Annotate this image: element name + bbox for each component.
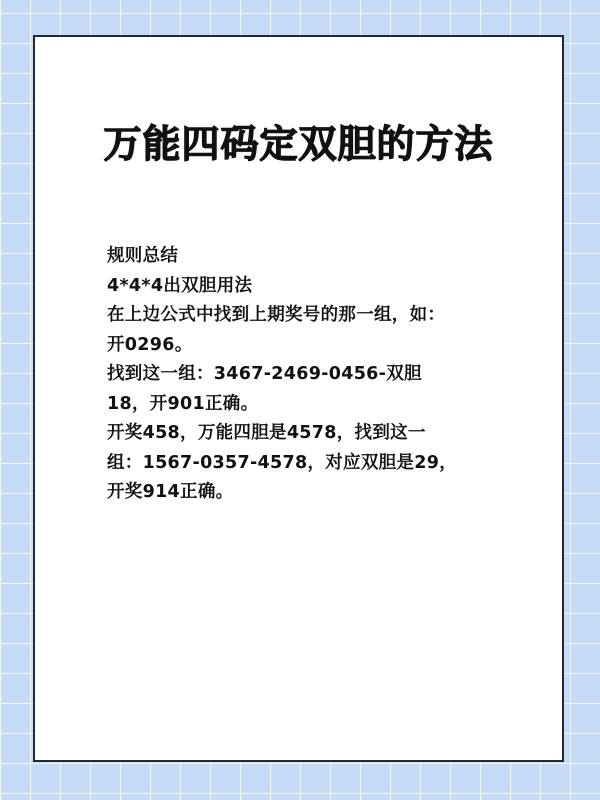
text-line: 组：1567-0357-4578，对应双胆是29，	[107, 449, 527, 479]
text-line: 18，开901正确。	[107, 390, 527, 420]
section-heading: 规则总结	[107, 242, 527, 272]
text-line: 找到这一组：3467-2469-0456-双胆	[107, 360, 527, 390]
text-line: 开0296。	[107, 331, 527, 361]
document-body: 规则总结 4*4*4出双胆用法 在上边公式中找到上期奖号的那一组，如： 开029…	[107, 242, 527, 508]
document-card: 万能四码定双胆的方法 规则总结 4*4*4出双胆用法 在上边公式中找到上期奖号的…	[33, 35, 564, 762]
subheading: 4*4*4出双胆用法	[107, 272, 527, 302]
page-title: 万能四码定双胆的方法	[35, 113, 562, 168]
text-line: 在上边公式中找到上期奖号的那一组，如：	[107, 301, 527, 331]
text-line: 开奖914正确。	[107, 478, 527, 508]
text-line: 开奖458，万能四胆是4578，找到这一	[107, 419, 527, 449]
